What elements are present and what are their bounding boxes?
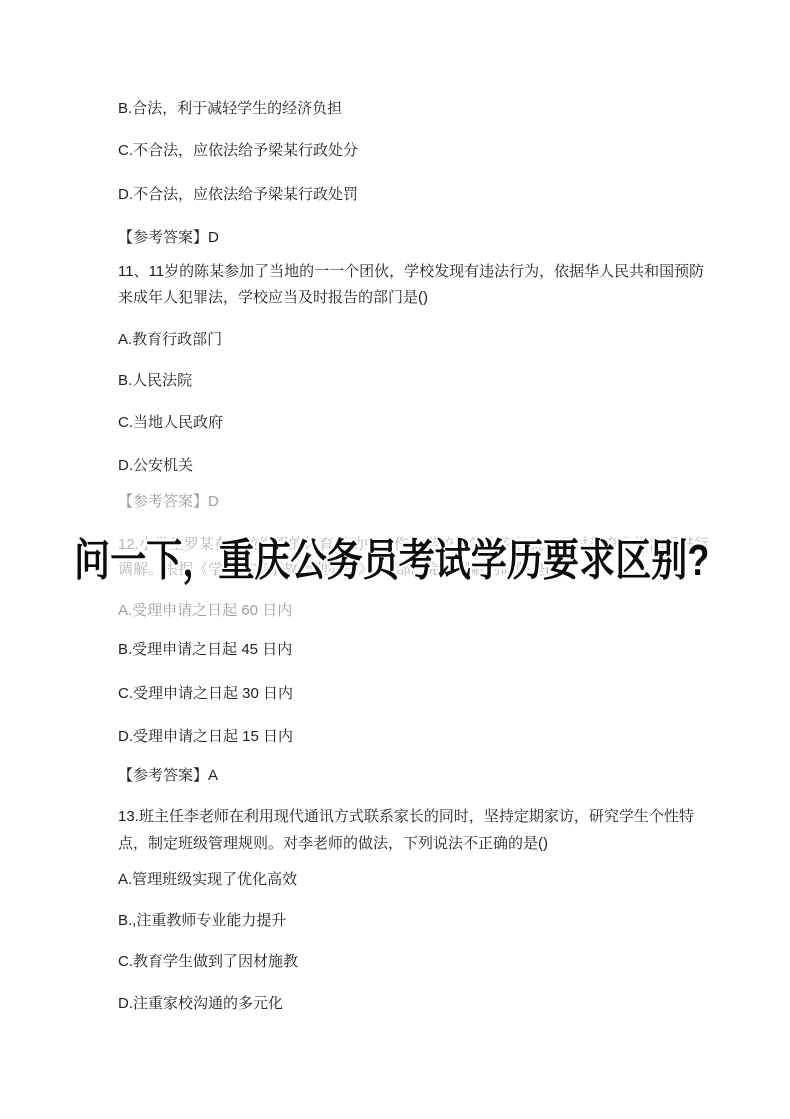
q11-option-a: A.教育行政部门 (118, 330, 222, 349)
q11-option-d: D.公安机关 (118, 456, 193, 475)
q10-answer: 【参考答案】D (118, 228, 219, 247)
q12-answer: 【参考答案】A (118, 766, 218, 785)
q11-answer: 【参考答案】D (118, 492, 219, 511)
q13-option-d: D.注重家校沟通的多元化 (118, 994, 283, 1013)
q11-option-c: C.当地人民政府 (118, 413, 223, 432)
headline-overlay: 问一下，重庆公务员考试学历要求区别? (74, 537, 709, 584)
q13-stem-line-1: 13.班主任李老师在利用现代通讯方式联系家长的同时，坚持定期家访，研究学生个性特 (118, 807, 694, 826)
q13-option-a: A.管理班级实现了优化高效 (118, 870, 297, 889)
document-page: B.合法，利于减轻学生的经济负担 C.不合法，应依法给予梁某行政处分 D.不合法… (0, 0, 790, 1119)
q11-stem-line-2: 来成年人犯罪法，学校应当及时报告的部门是() (118, 288, 428, 307)
q12-option-a: A.受理申请之日起 60 日内 (118, 601, 292, 620)
q13-option-b: B.,注重教师专业能力提升 (118, 911, 286, 930)
q11-stem-line-1: 11、11岁的陈某参加了当地的一一个团伙，学校发现有违法行为，依据华人民共和国预… (118, 262, 704, 281)
q13-option-c: C.教育学生做到了因材施教 (118, 952, 298, 971)
q10-option-b: B.合法，利于减轻学生的经济负担 (118, 99, 342, 118)
q10-option-d: D.不合法，应依法给予梁某行政处罚 (118, 185, 358, 204)
q12-option-d: D.受理申请之日起 15 日内 (118, 727, 293, 746)
q10-option-c: C.不合法，应依法给予梁某行政处分 (118, 141, 358, 160)
q12-option-b: B.受理申请之日起 45 日内 (118, 640, 292, 659)
q12-option-c: C.受理申请之日起 30 日内 (118, 684, 293, 703)
q13-stem-line-2: 点，制定班级管理规则。对李老师的做法，下列说法不正确的是() (118, 834, 548, 853)
q11-option-b: B.人民法院 (118, 371, 192, 390)
